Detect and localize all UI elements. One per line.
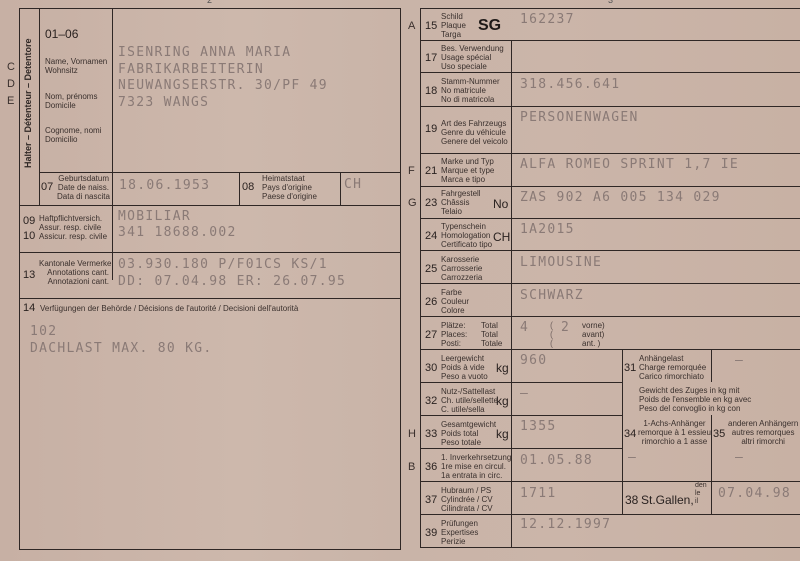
side-letter-h: H <box>408 428 416 440</box>
cantonal-annotations-value: 03.930.180 P/F01CS KS/1DD: 07.04.98 ER: … <box>118 256 346 290</box>
field-38-number: 38 <box>625 493 638 507</box>
field-14-label: Verfügungen der Behörde / Décisions de l… <box>40 304 298 313</box>
side-letter-g: G <box>408 197 417 209</box>
field-17-number: 17 <box>425 52 437 64</box>
side-letter-f: F <box>408 165 415 177</box>
total-weight-value: 1355 <box>520 419 557 434</box>
canton-code: SG <box>478 17 501 35</box>
side-letter-a: A <box>408 20 415 32</box>
field-34-number: 34 <box>624 428 636 440</box>
chassis-no-suffix: No <box>493 197 508 211</box>
field-36-label: 1. Inverkehrsetzung1re mise en circul.1a… <box>441 453 511 480</box>
issue-place: St.Gallen, <box>641 493 694 507</box>
holder-label-fr: Nom, prénomsDomicile <box>45 92 97 110</box>
page-number-right: 3 <box>608 0 613 5</box>
field-30-unit: kg <box>496 361 509 375</box>
towing-load-value: – <box>735 353 744 368</box>
first-registration-value: 01.05.88 <box>520 453 593 468</box>
seats-front-value: 2 <box>561 320 570 335</box>
holder-vertical-label: Halter – Détenteur – Detentore <box>23 38 33 168</box>
field-18-number: 18 <box>425 85 437 97</box>
field-37-number: 37 <box>425 494 437 506</box>
inspection-date-value: 12.12.1997 <box>520 517 611 532</box>
issue-date-value: 07.04.98 <box>718 486 791 501</box>
field-15-label: SchildPlaqueTarga <box>441 12 466 39</box>
page-number-left: 2 <box>207 0 212 5</box>
holder-label-it: Cognome, nomiDomicilio <box>45 126 101 144</box>
field-33-unit: kg <box>496 427 509 441</box>
field-23-number: 23 <box>425 197 437 209</box>
matriculation-number-value: 318.456.641 <box>520 77 620 92</box>
field-26-number: 26 <box>425 296 437 308</box>
field-21-number: 21 <box>425 165 437 177</box>
side-letter-e: E <box>7 95 14 107</box>
side-letter-c: C <box>7 61 15 73</box>
field-39-label: PrüfungenExpertisesPerizie <box>441 519 478 546</box>
field-31-number: 31 <box>624 362 636 374</box>
field-07-label: GeburtsdatumDate de naiss.Data di nascit… <box>57 174 109 201</box>
origin-country-value: CH <box>344 177 362 192</box>
field-18-label: Stamm-NummerNo matriculeNo di matricola <box>441 77 500 104</box>
field-17-label: Bes. VerwendungUsage spécialUso speciale <box>441 44 504 71</box>
field-32-number: 32 <box>425 395 437 407</box>
field-10-number: 10 <box>23 230 35 242</box>
insurance-value: MOBILIAR341 18688.002 <box>118 209 237 241</box>
field-36-number: 36 <box>425 461 437 473</box>
field-27-number: 27 <box>425 329 437 341</box>
make-model-value: ALFA ROMEO SPRINT 1,7 IE <box>520 157 739 172</box>
field-24-label: TypenscheinHomologationCertificato tipo <box>441 222 492 249</box>
field-27-label: Plätze:Places:Posti: <box>441 321 467 348</box>
field-31-label: AnhängelastCharge remorquéeCarico rimorc… <box>639 354 706 381</box>
field-25-label: KarosserieCarrosserieCarrozzeria <box>441 255 482 282</box>
side-letter-b: B <box>408 461 415 473</box>
field-19-label: Art des FahrzeugsGenre du véhiculeGenere… <box>441 119 508 146</box>
color-value: SCHWARZ <box>520 288 584 303</box>
field-13-number: 13 <box>23 269 35 281</box>
payload-value: – <box>520 386 529 401</box>
field-27-total-label: TotalTotalTotale <box>481 321 502 348</box>
chassis-number-value: ZAS 902 A6 005 134 029 <box>520 190 721 205</box>
field-34-label: 1-Achs-Anhängerremorque à 1 essieurimorc… <box>638 419 711 446</box>
field-32-unit: kg <box>496 394 509 408</box>
side-letter-d: D <box>7 78 15 90</box>
seats-total-value: 4 <box>520 320 529 335</box>
field-39-number: 39 <box>425 527 437 539</box>
field-08-label: HeimatstaatPays d'originePaese d'origine <box>262 174 317 201</box>
field-19-number: 19 <box>425 123 437 135</box>
field-32-label: Nutz-/SattellastCh. utile/selletteC. uti… <box>441 387 498 414</box>
authority-decisions-value: 102DACHLAST MAX. 80 KG. <box>30 323 213 357</box>
body-type-value: LIMOUSINE <box>520 255 602 270</box>
homologation-value: 1A2015 <box>520 222 575 237</box>
displacement-value: 1711 <box>520 486 557 501</box>
field-30-number: 30 <box>425 362 437 374</box>
field-21-label: Marke und TypMarque et typeMarca e tipo <box>441 157 494 184</box>
field-0910-label: Haftpflichtversich.Assur. resp. civileAs… <box>39 214 107 241</box>
seats-front-label: vorne)avant)ant. ) <box>582 321 605 348</box>
field-35-number: 35 <box>713 428 725 440</box>
holder-label-de: Name, VornamenWohnsitz <box>45 57 107 75</box>
field-15-number: 15 <box>425 20 437 32</box>
field-24-number: 24 <box>425 230 437 242</box>
train-weight-label: Gewicht des Zuges in kg mitPoids de l'en… <box>639 386 751 413</box>
field-25-number: 25 <box>425 263 437 275</box>
field-37-label: Hubraum / PSCylindrée / CVCilindrata / C… <box>441 486 493 513</box>
field-23-label: FahrgestellChâssisTelaio <box>441 189 481 216</box>
field-30-label: LeergewichtPoids à videPeso a vuoto <box>441 354 488 381</box>
field-33-label: GesamtgewichtPoids totalPeso totale <box>441 420 496 447</box>
seats-bracket: ((( <box>550 321 553 348</box>
vehicle-type-value: PERSONENWAGEN <box>520 110 639 125</box>
birth-date-value: 18.06.1953 <box>119 178 210 193</box>
field-26-label: FarbeCouleurColore <box>441 288 469 315</box>
field-09-number: 09 <box>23 215 35 227</box>
registration-document: 2 3 C D E Halter – Détenteur – Detentore… <box>0 0 800 561</box>
field-38-den-label: denleil <box>695 482 707 506</box>
plate-number-value: 162237 <box>520 12 575 27</box>
empty-weight-value: 960 <box>520 353 547 368</box>
field-07-number: 07 <box>41 181 53 193</box>
field-33-number: 33 <box>425 428 437 440</box>
holder-code: 01–06 <box>45 27 78 41</box>
other-trailers-value: – <box>735 450 744 465</box>
single-axle-trailer-value: – <box>628 450 637 465</box>
holder-address: ISENRING ANNA MARIAFABRIKARBEITERINNEUWA… <box>118 45 328 111</box>
homologation-ch-suffix: CH <box>493 230 510 244</box>
field-35-label: anderen Anhängernautres remorquesaltri r… <box>728 419 798 446</box>
field-14-number: 14 <box>23 302 35 314</box>
field-08-number: 08 <box>242 181 254 193</box>
field-13-label: Kantonale VermerkeAnnotations cant.Annot… <box>39 259 109 286</box>
